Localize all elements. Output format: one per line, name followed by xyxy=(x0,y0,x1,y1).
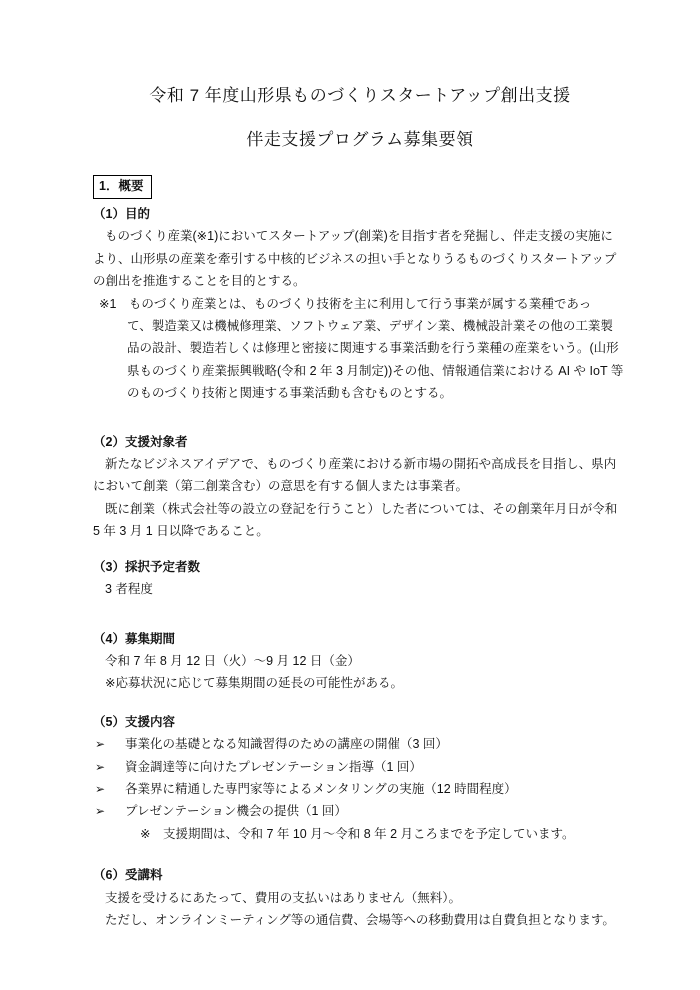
arrow-bullet-icon: ➢ xyxy=(93,778,125,800)
support-bullet-text: 各業界に精通した専門家等によるメンタリングの実施（12 時間程度） xyxy=(125,778,517,800)
support-bullet-item: ➢事業化の基礎となる知識習得のための講座の開催（3 回） xyxy=(93,733,627,755)
support-bullet-item: ➢資金調達等に向けたプレゼンテーション指導（1 回） xyxy=(93,756,627,778)
target-paragraph-line: 既に創業（株式会社等の設立の登記を行うこと）した者については、その創業年月日が令… xyxy=(93,498,627,520)
adoption-count-line: 3 者程度 xyxy=(93,578,627,600)
support-bullet-text: 事業化の基礎となる知識習得のための講座の開催（3 回） xyxy=(125,733,448,755)
period-note-line: ※応募状況に応じて募集期間の延長の可能性がある。 xyxy=(93,672,627,694)
overview-heading-row: 1．概要 xyxy=(93,175,627,199)
support-heading: （5）支援内容 xyxy=(93,711,627,733)
purpose-footnote-line: て、製造業又は機械修理業、ソフトウェア業、デザイン業、機械設計業その他の工業製 xyxy=(93,315,627,337)
support-bullet-item: ➢プレゼンテーション機会の提供（1 回） xyxy=(93,800,627,822)
support-bullet-text: プレゼンテーション機会の提供（1 回） xyxy=(125,800,347,822)
purpose-footnote-line: 品の設計、製造若しくは修理と密接に関連する事業活動を行う業種の産業をいう。(山形 xyxy=(93,337,627,359)
purpose-footnote-line: 県ものづくり産業振興戦略(令和 2 年 3 月制定))その他、情報通信業における… xyxy=(93,360,627,382)
target-paragraph-line: 新たなビジネスアイデアで、ものづくり産業における新市場の開拓や高成長を目指し、県… xyxy=(93,453,627,475)
support-bullet-text: 資金調達等に向けたプレゼンテーション指導（1 回） xyxy=(125,756,422,778)
overview-boxed-heading: 1．概要 xyxy=(93,175,152,199)
fee-paragraph-line: ただし、オンラインミーティング等の通信費、会場等への移動費用は自費負担となります… xyxy=(93,909,627,931)
fee-paragraph-line: 支援を受けるにあたって、費用の支払いはありません（無料）。 xyxy=(93,887,627,909)
purpose-heading: （1）目的 xyxy=(93,203,627,225)
document-title-line2: 伴走支援プログラム募集要領 xyxy=(93,128,627,152)
arrow-bullet-icon: ➢ xyxy=(93,800,125,822)
arrow-bullet-icon: ➢ xyxy=(93,756,125,778)
period-dates-line: 令和 7 年 8 月 12 日（火）～9 月 12 日（金） xyxy=(93,650,627,672)
target-paragraph-line: 5 年 3 月 1 日以降であること。 xyxy=(93,520,627,542)
purpose-footnote-line: ※1 ものづくり産業とは、ものづくり技術を主に利用して行う事業が属する業種であっ xyxy=(93,293,627,315)
document-title-line1: 令和 7 年度山形県ものづくりスタートアップ創出支援 xyxy=(93,84,627,108)
purpose-paragraph-line: ものづくり産業(※1)においてスタートアップ(創業)を目指す者を発掘し、伴走支援… xyxy=(93,225,627,247)
document-page: 令和 7 年度山形県ものづくりスタートアップ創出支援 伴走支援プログラム募集要領… xyxy=(0,0,700,990)
support-bullet-item: ➢各業界に精通した専門家等によるメンタリングの実施（12 時間程度） xyxy=(93,778,627,800)
support-note-line: ※ 支援期間は、令和 7 年 10 月～令和 8 年 2 月ころまでを予定してい… xyxy=(93,823,627,845)
purpose-paragraph-line: の創出を推進することを目的とする。 xyxy=(93,270,627,292)
period-heading: （4）募集期間 xyxy=(93,628,627,650)
adoption-heading: （3）採択予定者数 xyxy=(93,556,627,578)
purpose-paragraph-line: より、山形県の産業を牽引する中核的ビジネスの担い手となりうるものづくりスタートア… xyxy=(93,248,627,270)
arrow-bullet-icon: ➢ xyxy=(93,733,125,755)
purpose-footnote-line: のものづくり技術と関連する事業活動も含むものとする。 xyxy=(93,382,627,404)
target-heading: （2）支援対象者 xyxy=(93,431,627,453)
fee-heading: （6）受講料 xyxy=(93,864,627,886)
target-paragraph-line: において創業（第二創業含む）の意思を有する個人または事業者。 xyxy=(93,475,627,497)
